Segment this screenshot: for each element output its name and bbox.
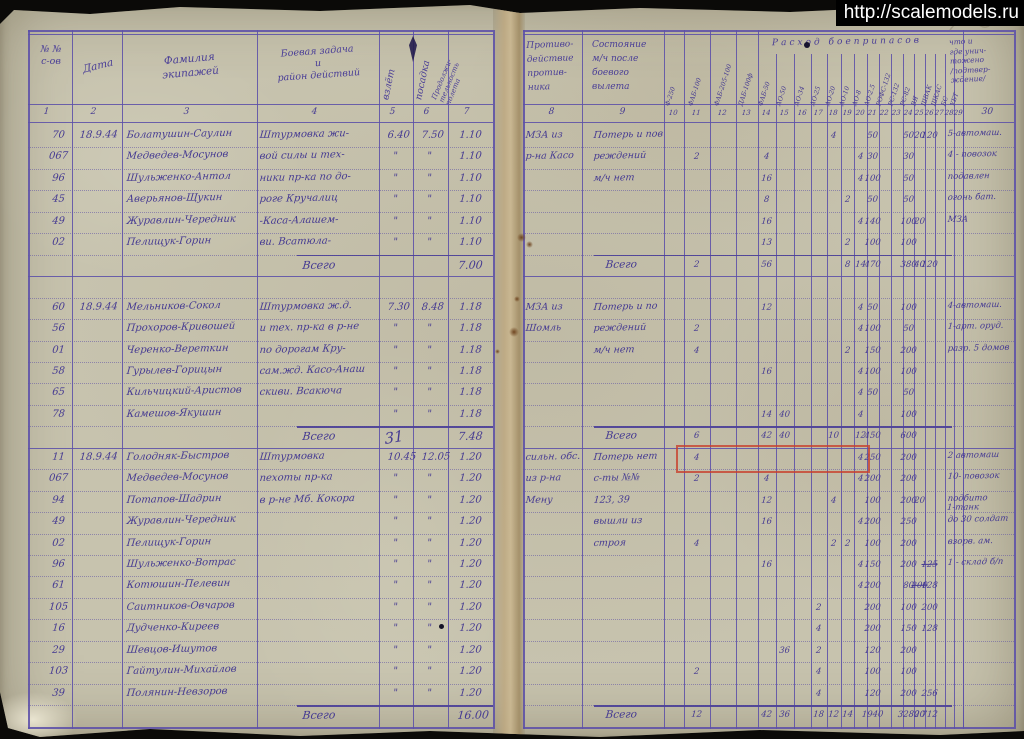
col-number: 21 (867, 109, 877, 117)
log-cell: 1.18 (457, 408, 484, 420)
col-number: 4 (311, 107, 318, 117)
stain (514, 296, 520, 302)
log-cell: Котюшин-Пелевин (126, 578, 231, 591)
log-cell: " (387, 173, 404, 184)
log-cell: 100 (897, 238, 920, 248)
row-rule (523, 147, 1014, 148)
log-cell: по дорогам Кру- (259, 343, 346, 356)
stain (509, 327, 519, 337)
log-cell: 1.10 (457, 129, 484, 141)
log-cell: 2 (685, 259, 708, 269)
log-cell: " (387, 644, 404, 655)
ammo-column-label: ВЯ (909, 95, 920, 107)
log-cell: " (387, 387, 404, 398)
log-cell: 20 (908, 216, 931, 226)
log-cell: из р-на (525, 472, 561, 484)
col-number: 5 (389, 107, 396, 117)
log-cell: Всего (605, 708, 637, 721)
log-cell: " (387, 344, 404, 355)
ammo-column-label: ФАБ-205-100 (712, 63, 733, 107)
log-cell: 12 (755, 302, 778, 312)
log-cell: 01 (43, 344, 74, 356)
log-cell: " (387, 323, 404, 334)
grid-line (736, 30, 737, 729)
row-rule (523, 383, 1014, 384)
grid-line (594, 426, 952, 427)
row-rule (28, 469, 493, 470)
col-number: 9 (619, 107, 626, 117)
log-cell: 1.20 (457, 558, 484, 570)
log-cell: 18.9.44 (79, 451, 118, 463)
row-rule (28, 212, 493, 213)
row-rule (28, 641, 493, 642)
log-cell: Гайтулин-Михайлов (126, 664, 237, 677)
stain (495, 349, 500, 354)
log-cell: 4 (807, 624, 830, 634)
row-rule (523, 405, 1014, 406)
row-rule (28, 405, 493, 406)
log-cell: Мену (525, 494, 553, 506)
log-cell: 39 (43, 687, 74, 699)
stain (526, 241, 533, 248)
col-number: 13 (741, 109, 751, 117)
row-rule (28, 319, 493, 320)
log-cell: " (421, 173, 438, 184)
log-cell: 200 (897, 560, 920, 570)
row-rule (28, 190, 493, 191)
log-cell: м/ч нет (593, 172, 635, 184)
log-cell: 1940 (861, 710, 884, 720)
col-number: 8 (548, 107, 555, 117)
log-cell: Кильчицкий-Аристов (126, 385, 242, 398)
log-cell: 100 (861, 238, 884, 248)
col-header-results: что и где унич- тожено /подтвер- ждение/ (949, 34, 1013, 85)
log-cell: Камешов-Якушин (126, 407, 222, 420)
log-cell: 12 (685, 710, 708, 720)
log-cell: 49 (43, 215, 74, 227)
log-cell: " (387, 366, 404, 377)
log-cell: 100 (897, 409, 920, 419)
log-cell: 256 (918, 688, 941, 698)
log-cell: 18.9.44 (79, 301, 118, 313)
log-cell: 2 (685, 474, 708, 484)
log-cell: подавлен (947, 172, 990, 182)
log-cell: 16 (755, 366, 778, 376)
log-cell: сам.жд. Касо-Анаш (259, 364, 365, 377)
log-cell: 11 (43, 451, 74, 463)
log-cell: Черенко-Вереткин (126, 342, 229, 355)
log-cell: " (421, 151, 438, 162)
log-cell: " (421, 580, 438, 591)
row-rule (28, 534, 493, 535)
grid-line (523, 30, 1014, 32)
log-cell: 30 (897, 152, 920, 162)
log-cell: 1.20 (457, 494, 484, 506)
log-cell: 105 (43, 601, 74, 613)
log-cell: " (421, 494, 438, 505)
log-cell: 16 (43, 623, 74, 635)
row-rule (523, 555, 1014, 556)
log-cell: 4 (807, 688, 830, 698)
log-cell: Гурылев-Горицын (126, 364, 223, 377)
log-cell: 1.10 (457, 215, 484, 227)
log-cell: 100 (897, 302, 920, 312)
log-cell: 200 (897, 645, 920, 655)
log-cell: 6.40 (387, 130, 404, 141)
log-cell: " (421, 687, 438, 698)
log-cell: 2 (685, 667, 708, 677)
log-cell: 2 (836, 238, 859, 248)
log-cell: 1.20 (457, 644, 484, 656)
log-cell: 8 (755, 195, 778, 205)
log-cell: 1.18 (457, 365, 484, 377)
col-number: 27 (934, 109, 944, 117)
log-cell: 200 (861, 517, 884, 527)
grid-line (523, 122, 1014, 123)
log-cell: 94 (43, 494, 74, 506)
log-cell: 50 (861, 302, 884, 312)
row-rule (28, 555, 493, 556)
log-cell: -Каса-Алашем- (259, 214, 339, 227)
grid-line (493, 30, 495, 729)
log-cell: 02 (43, 237, 74, 249)
grid-line (28, 276, 493, 277)
log-cell: " (387, 666, 404, 677)
log-cell: 2 (807, 602, 830, 612)
log-cell: 16 (755, 216, 778, 226)
log-cell: 600 (897, 431, 920, 441)
grid-line (582, 30, 583, 729)
log-cell: 61 (43, 580, 74, 592)
torn-corner (0, 692, 78, 739)
watermark: http://scalemodels.ru (836, 0, 1024, 26)
log-cell: 4 (822, 495, 845, 505)
log-cell: 1.18 (457, 387, 484, 399)
col-number: 28 (944, 109, 954, 117)
row-rule (28, 298, 493, 299)
log-cell: 58 (43, 365, 74, 377)
log-cell: 56 (43, 322, 74, 334)
log-cell: подбито 1-танк (946, 494, 987, 513)
log-cell: вышли из (593, 515, 643, 527)
log-cell: 120 (861, 645, 884, 655)
log-cell: Шульженко-Антол (126, 171, 231, 184)
log-cell: 50 (861, 131, 884, 141)
log-cell: 50 (897, 195, 920, 205)
log-cell: " (421, 559, 438, 570)
log-cell: с-ты №№ (593, 472, 640, 484)
log-cell: " (421, 215, 438, 226)
watermark-url: http://scalemodels.ru (844, 2, 1019, 23)
log-cell: 128 (918, 624, 941, 634)
log-cell: 100 (861, 324, 884, 334)
log-cell: 50 (861, 388, 884, 398)
log-cell: 7.00 (457, 258, 484, 272)
row-rule (523, 233, 1014, 234)
col-number: 19 (842, 109, 852, 117)
log-cell: 100 (861, 667, 884, 677)
log-cell: 103 (43, 666, 74, 678)
grid-line (523, 34, 1014, 35)
log-cell: 36 (773, 645, 796, 655)
log-cell: Потерь и пов (593, 129, 663, 141)
log-cell: 4 (755, 152, 778, 162)
log-cell: 2 (836, 345, 859, 355)
log-cell: МЗА из (525, 301, 563, 313)
ammo-column-label: ФАБ-100 (686, 77, 703, 107)
log-cell: " (387, 237, 404, 248)
log-cell: скиви. Всакюча (259, 386, 342, 399)
log-cell: 12 (755, 495, 778, 505)
row-rule (523, 298, 1014, 299)
log-cell: 31 (384, 428, 401, 449)
log-cell: 50 (897, 173, 920, 183)
grid-line (1014, 30, 1016, 729)
stain (517, 233, 526, 242)
log-cell: 65 (43, 387, 74, 399)
grid-line (594, 705, 952, 706)
col-number: 17 (813, 109, 823, 117)
log-cell: Всего (302, 708, 336, 722)
col-number: 12 (717, 109, 727, 117)
log-cell: 10.45 (387, 451, 404, 462)
col-header-aircraft-condition: Состояние м/ч после боевого вылета (592, 38, 662, 94)
row-rule (28, 684, 493, 685)
log-cell: 1.20 (457, 473, 484, 485)
row-rule (523, 534, 1014, 535)
log-cell: огонь бат. (947, 193, 996, 203)
log-cell: " (387, 559, 404, 570)
log-cell: 1-арт. оруд. (947, 322, 1004, 332)
log-cell: Прохоров-Кривошей (126, 321, 236, 334)
log-cell: роге Кручалиц (259, 193, 338, 206)
row-rule (28, 491, 493, 492)
ink-dot (804, 42, 810, 48)
log-cell: 128 (918, 581, 941, 591)
log-cell: 200 (861, 602, 884, 612)
log-cell: 200 (897, 538, 920, 548)
log-cell: 4 (755, 474, 778, 484)
col-number: 26 (924, 109, 934, 117)
scanned-logbook-spread: № № с-ов Дата Фамилия экипажей Боевая за… (0, 0, 1024, 739)
ammo-column-label: ДАБ-100ф (736, 72, 754, 107)
log-cell: " (387, 473, 404, 484)
log-cell: " (421, 537, 438, 548)
log-cell: " (387, 494, 404, 505)
log-cell: 4 (685, 538, 708, 548)
log-cell: " (387, 151, 404, 162)
log-cell: 200 (897, 688, 920, 698)
col-header-crew: Фамилия экипажей (123, 46, 257, 85)
log-cell: 100 (897, 366, 920, 376)
log-cell: Всего (605, 258, 637, 271)
log-cell: Журавлин-Чередник (126, 214, 236, 227)
log-cell: 200 (897, 474, 920, 484)
grid-line (28, 34, 493, 35)
row-rule (523, 598, 1014, 599)
col-header-sortie-number: № № с-ов (30, 44, 72, 68)
log-cell: 2 (685, 324, 708, 334)
col-number: 29 (953, 109, 963, 117)
grid-line (664, 30, 665, 729)
log-cell: 16 (755, 173, 778, 183)
log-cell: 1 - склад б/п (947, 558, 1003, 568)
log-cell: 123, 39 (593, 494, 630, 506)
log-cell: и тех. пр-ка в р-не (259, 321, 360, 334)
grid-line (379, 30, 380, 729)
log-cell: " (421, 366, 438, 377)
log-cell: 1.10 (457, 151, 484, 163)
col-number: 3 (183, 107, 190, 117)
grid-line (841, 54, 842, 729)
row-rule (28, 598, 493, 599)
log-cell: 140 (861, 216, 884, 226)
log-cell: 120 (918, 131, 941, 141)
log-cell: Штурмовка ж.д. (259, 300, 352, 313)
log-cell: " (421, 473, 438, 484)
grid-line (945, 54, 946, 729)
row-rule (28, 169, 493, 170)
log-cell: 50 (861, 195, 884, 205)
row-rule (523, 169, 1014, 170)
log-cell: МЗА из (525, 129, 563, 141)
ink-dot (439, 624, 444, 629)
log-cell: 30 (861, 152, 884, 162)
log-cell: 1.10 (457, 194, 484, 206)
col-header-enemy-opposition: Противо- действие против- ника (526, 37, 586, 95)
log-cell: 067 (43, 473, 74, 485)
log-cell: м/ч нет (593, 344, 635, 356)
row-rule (28, 576, 493, 577)
log-cell: " (421, 344, 438, 355)
log-cell: 200 (918, 602, 941, 612)
log-cell: ники пр-ка по до- (259, 171, 351, 184)
col-header-date: Дата (76, 55, 120, 78)
log-cell: " (421, 666, 438, 677)
row-rule (523, 512, 1014, 513)
log-cell: Штурмовка жи- (259, 128, 349, 141)
log-cell: 36 (773, 710, 796, 720)
col-number: 25 (914, 109, 924, 117)
log-cell: пехоты пр-ка (259, 472, 333, 485)
col-number: 23 (891, 109, 901, 117)
col-number: 14 (761, 109, 771, 117)
page-gutter (493, 0, 525, 739)
col-number: 24 (903, 109, 913, 117)
row-rule (523, 576, 1014, 577)
log-cell: 70 (43, 129, 74, 141)
log-cell: в р-не Мб. Кокора (259, 493, 355, 506)
log-cell: Шевцов-Ишутов (126, 643, 218, 656)
log-cell: 7.48 (457, 430, 484, 444)
log-cell: 16 (755, 517, 778, 527)
log-cell: Потерь нет (593, 450, 658, 462)
grid-line (28, 104, 493, 105)
log-cell: " (421, 409, 438, 420)
log-cell: 10 (822, 431, 845, 441)
grid-line (448, 30, 449, 729)
row-rule (523, 662, 1014, 663)
log-cell: 470 (861, 259, 884, 269)
log-cell: Всего (302, 430, 336, 444)
log-cell: " (387, 194, 404, 205)
log-cell: ви. Всатюла- (259, 236, 331, 249)
log-cell: 1.20 (457, 451, 484, 463)
row-rule (28, 662, 493, 663)
log-cell: 40 (773, 409, 796, 419)
log-cell: 16 (755, 560, 778, 570)
log-cell: разр. 5 домов (947, 343, 1009, 353)
log-cell: " (421, 237, 438, 248)
row-rule (28, 341, 493, 342)
log-cell: Журавлин-Чередник (126, 514, 236, 527)
grid-line (297, 705, 493, 706)
col-number: 20 (855, 109, 865, 117)
row-rule (523, 319, 1014, 320)
log-cell: реждений (593, 150, 647, 162)
col-number: 11 (691, 109, 701, 117)
log-cell: 1.20 (457, 601, 484, 613)
log-cell: Голодняк-Быстров (126, 450, 230, 463)
log-cell: 150 (861, 345, 884, 355)
log-cell: " (387, 537, 404, 548)
log-cell: 4 - повозок (947, 150, 997, 160)
log-cell: сильн. обс. (525, 451, 581, 463)
log-cell: 450 (861, 431, 884, 441)
log-cell: " (421, 323, 438, 334)
col-number: 7 (463, 107, 470, 117)
log-cell: 12.05 (421, 451, 438, 462)
log-cell: 100 (861, 538, 884, 548)
col-number: 10 (668, 109, 678, 117)
log-cell: 5-автомаш. (947, 129, 1002, 139)
col-header-ammo-expenditure: Расход боеприпасов (740, 35, 954, 49)
log-cell: 200 (861, 474, 884, 484)
grid-line (710, 30, 711, 729)
log-cell: 4 (685, 345, 708, 355)
log-cell: Всего (302, 258, 336, 272)
log-cell: 1.20 (457, 537, 484, 549)
log-cell: 49 (43, 515, 74, 527)
log-cell: " (387, 602, 404, 613)
log-cell: Потапов-Шадрин (126, 493, 222, 506)
log-cell: 100 (861, 495, 884, 505)
log-cell: 96 (43, 558, 74, 570)
log-cell: 4 (807, 667, 830, 677)
log-cell: " (421, 194, 438, 205)
row-rule (28, 147, 493, 148)
col-number: 2 (90, 107, 97, 117)
log-cell: 150 (897, 624, 920, 634)
log-cell: Штурмовка (259, 450, 325, 462)
log-cell: 120 (861, 688, 884, 698)
grid-line (297, 255, 493, 256)
log-cell: 10- повозок (947, 472, 1000, 482)
log-cell: " (421, 644, 438, 655)
col-header-mission: Боевая задача и район действий (258, 42, 378, 86)
log-cell: 1.20 (457, 687, 484, 699)
row-rule (523, 190, 1014, 191)
log-cell: 2 (836, 195, 859, 205)
grid-line (684, 30, 685, 729)
row-rule (523, 341, 1014, 342)
log-cell: " (387, 687, 404, 698)
log-cell: 50 (897, 324, 920, 334)
log-cell: " (387, 580, 404, 591)
log-cell: Мельников-Сокол (126, 300, 221, 313)
col-number: 22 (879, 109, 889, 117)
log-cell: 067 (43, 151, 74, 163)
